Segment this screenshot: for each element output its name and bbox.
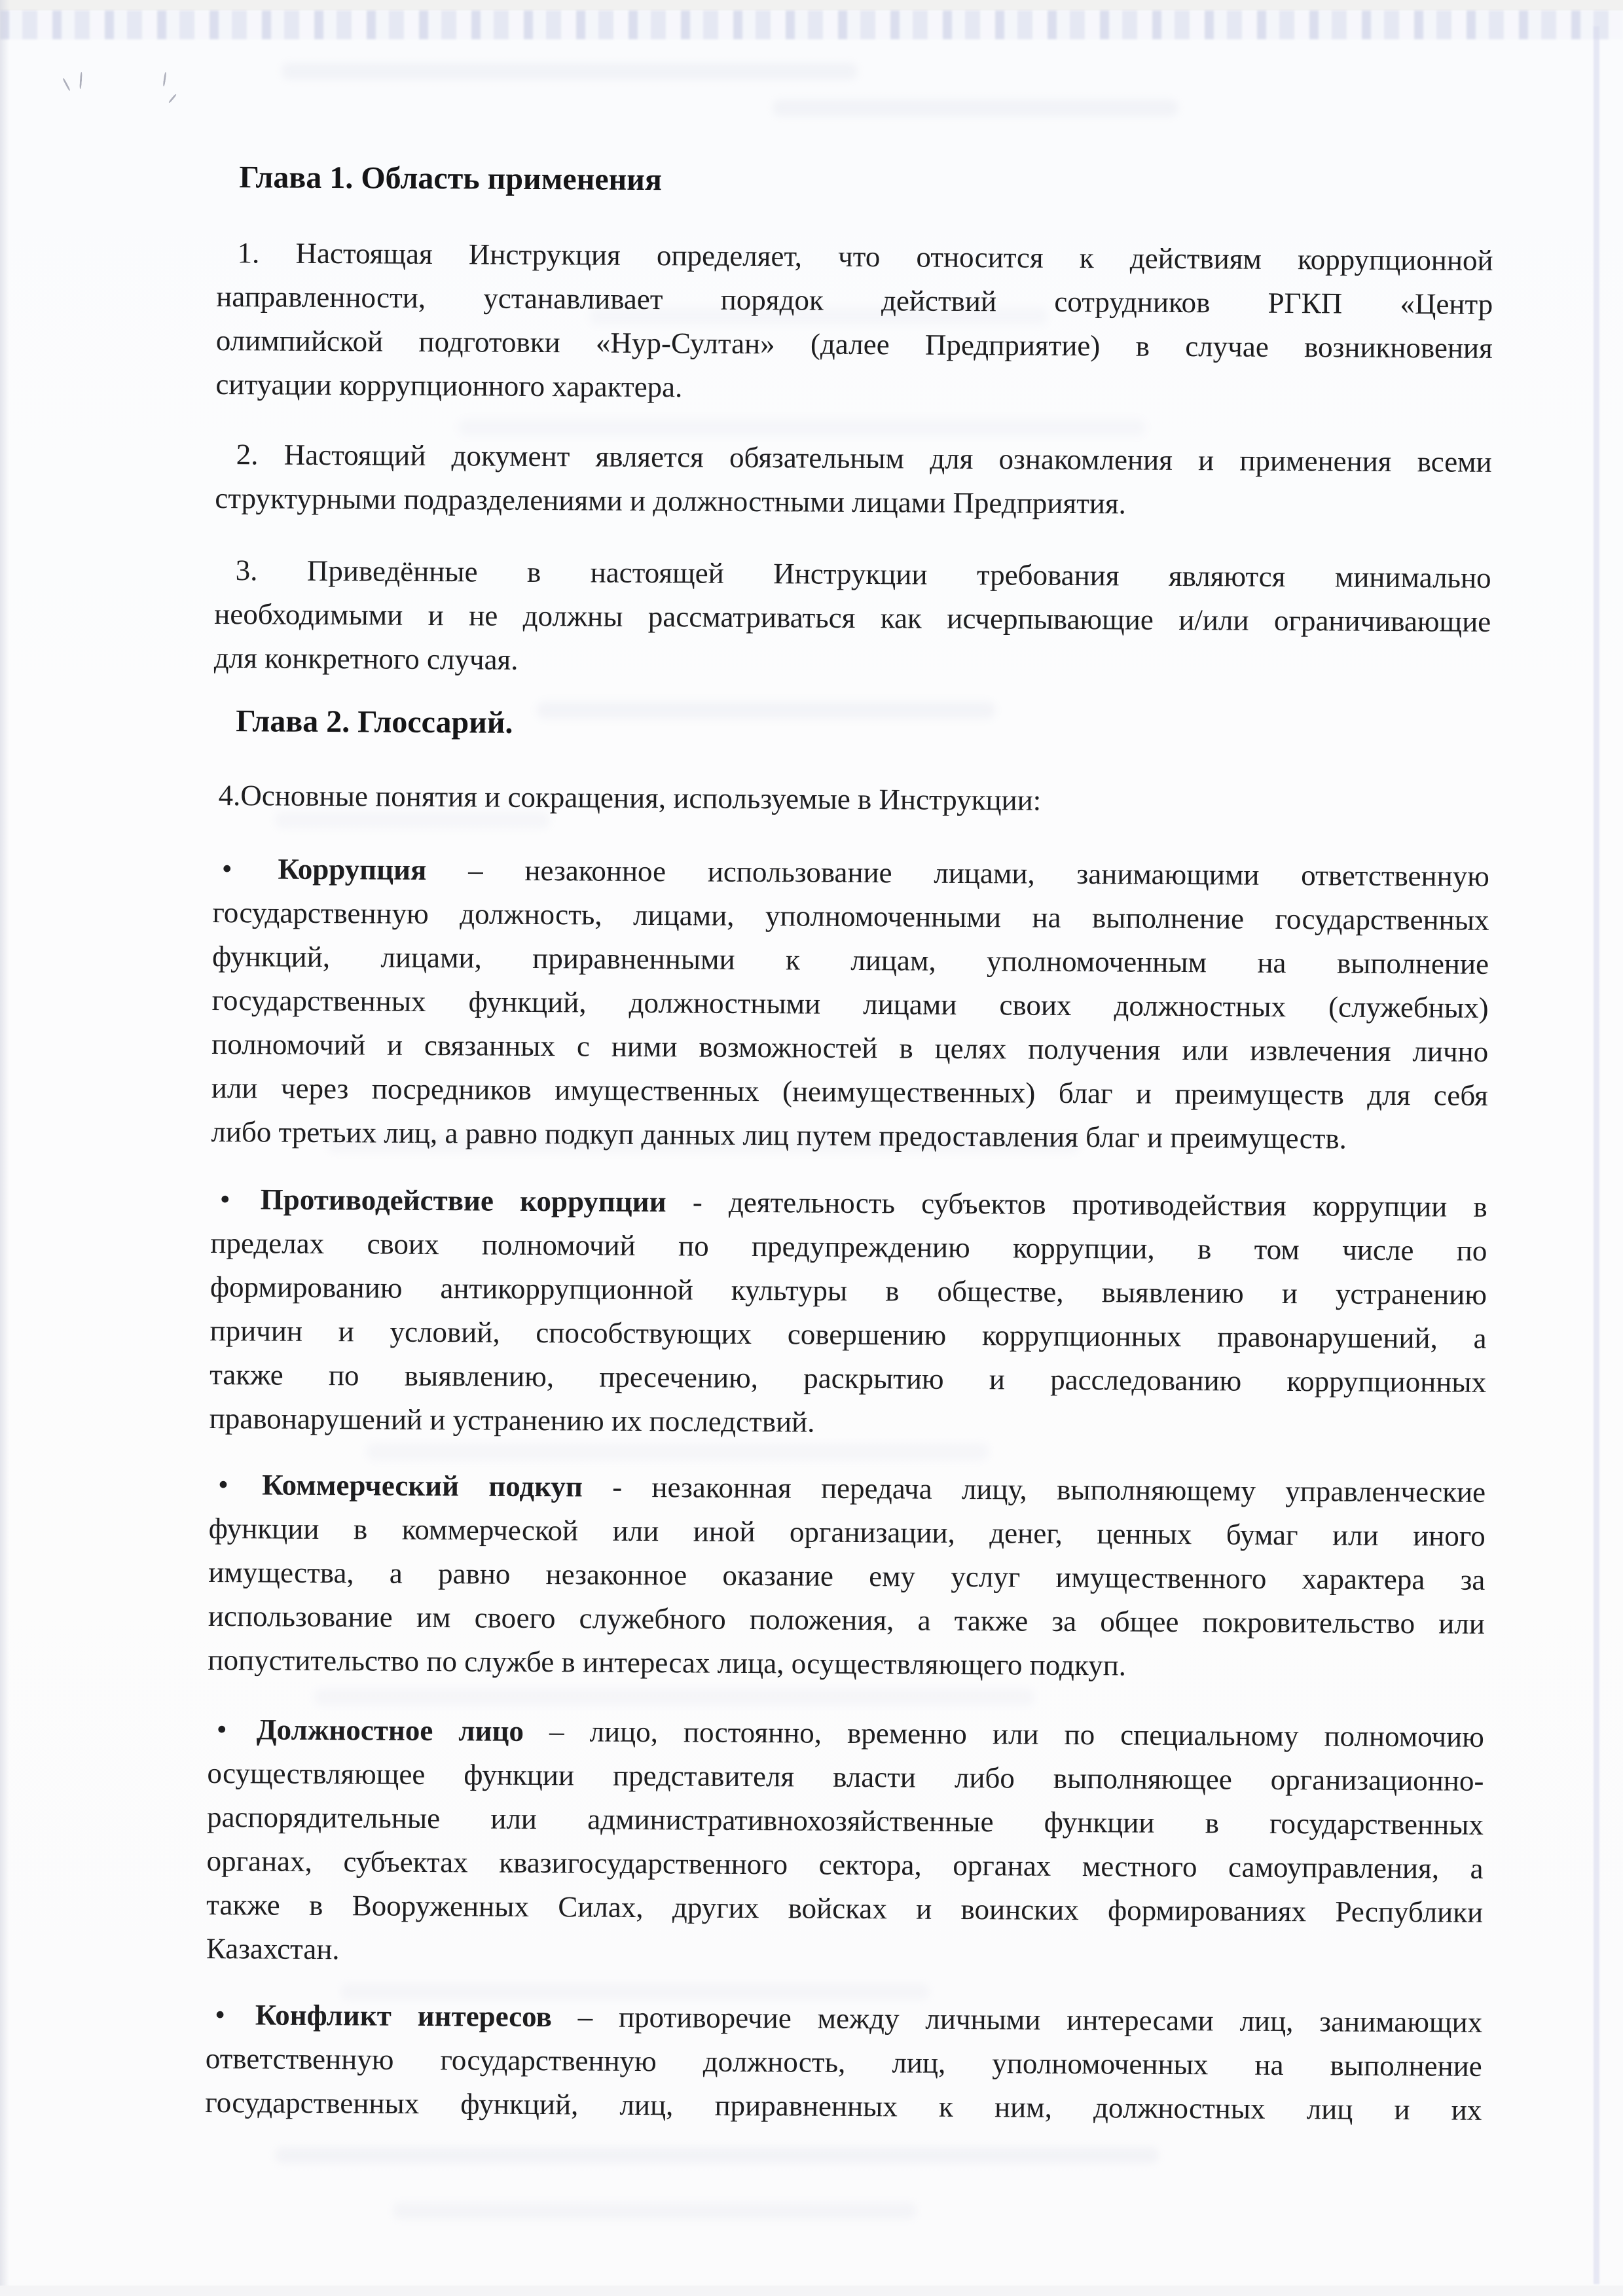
text-line: ситуации коррупционного характера. bbox=[215, 363, 1492, 414]
glossary-term: Противодействие коррупции bbox=[261, 1183, 666, 1218]
chapter-1-heading: Глава 1. Область применения bbox=[239, 159, 1493, 204]
glossary-definition-start: - незаконная передача лицу, выполняющему… bbox=[612, 1471, 1486, 1509]
bullet-glyph: • bbox=[222, 852, 236, 885]
paragraph-2: 2. Настоящий документ является обязатель… bbox=[215, 433, 1492, 528]
glossary-term: Должностное лицо bbox=[257, 1713, 524, 1747]
text-line: государственную должность, лицами, уполн… bbox=[212, 891, 1489, 942]
bleed-through-artifact bbox=[275, 2147, 1159, 2164]
text-line: ответственную государственную должность,… bbox=[206, 2037, 1482, 2089]
scan-edge-strip-bottom bbox=[0, 2286, 1623, 2296]
scan-edge-shadow-left bbox=[0, 0, 9, 2296]
text-line: использование им своего служебного полож… bbox=[208, 1594, 1485, 1646]
text-line: необходимыми и не должны рассматриваться… bbox=[214, 592, 1491, 644]
text-line: пределах своих полномочий по предупрежде… bbox=[210, 1221, 1487, 1273]
glossary-term: Конфликт интересов bbox=[255, 1998, 552, 2033]
text-line: причин и условий, способствующих соверше… bbox=[210, 1309, 1486, 1361]
glossary-term: Коммерческий подкуп bbox=[262, 1468, 583, 1503]
document-text-block: Глава 1. Область применения 1. Настоящая… bbox=[205, 0, 1495, 2132]
glossary-item-protivodeystvie: • Противодействие коррупции - деятельнос… bbox=[210, 1177, 1487, 1448]
bullet-glyph: • bbox=[215, 1998, 229, 2031]
text-line: для конкретного случая. bbox=[214, 636, 1491, 688]
text-line: формированию антикоррупционной культуры … bbox=[210, 1265, 1487, 1317]
text-line: • Конфликт интересов – противоречие межд… bbox=[206, 1993, 1482, 2045]
text-line: государственных функций, лиц, приравненн… bbox=[205, 2081, 1482, 2132]
text-line: также в Вооруженных Силах, других войска… bbox=[206, 1883, 1483, 1935]
text-line: 4.Основные понятия и сокращения, использ… bbox=[213, 774, 1489, 825]
pencil-mark-artifact bbox=[79, 72, 82, 89]
text-line: направленности, устанавливает порядок де… bbox=[216, 275, 1493, 327]
text-line: функции в коммерческой или иной организа… bbox=[209, 1507, 1486, 1558]
text-line: 2. Настоящий документ является обязатель… bbox=[215, 433, 1492, 484]
text-line: распорядительные или административнохозя… bbox=[207, 1795, 1484, 1847]
glossary-definition-start: – противоречие между личными интересами … bbox=[578, 2000, 1483, 2038]
text-line: • Коррупция – незаконное использование л… bbox=[213, 847, 1489, 899]
pencil-mark-artifact bbox=[168, 94, 177, 103]
text-line: • Коммерческий подкуп - незаконная перед… bbox=[209, 1463, 1486, 1515]
text-line: функций, лицами, приравненными к лицам, … bbox=[212, 935, 1489, 986]
text-line: 3. Приведённые в настоящей Инструкции тр… bbox=[214, 548, 1491, 600]
scan-edge-line-right bbox=[1594, 26, 1599, 2284]
text-line: либо третьих лиц, а равно подкуп данных … bbox=[211, 1110, 1487, 1162]
text-line: попустительство по службе в интересах ли… bbox=[208, 1638, 1484, 1690]
glossary-definition-start: – лицо, постоянно, временно или по специ… bbox=[549, 1715, 1484, 1753]
bullet-glyph: • bbox=[217, 1713, 231, 1746]
bullet-glyph: • bbox=[220, 1183, 234, 1215]
text-line: 1. Настоящая Инструкция определяет, что … bbox=[216, 231, 1493, 283]
glossary-item-konflikt-interesov: • Конфликт интересов – противоречие межд… bbox=[205, 1993, 1482, 2132]
paragraph-4: 4.Основные понятия и сокращения, использ… bbox=[213, 774, 1489, 825]
text-line: • Должностное лицо – лицо, постоянно, вр… bbox=[208, 1708, 1484, 1759]
text-line: имущества, а равно незаконное оказание е… bbox=[208, 1551, 1485, 1602]
text-line: олимпийской подготовки «Нур-Султан» (дал… bbox=[216, 319, 1493, 370]
pencil-mark-artifact bbox=[62, 78, 71, 92]
glossary-definition-start: – незаконное использование лицами, заним… bbox=[468, 853, 1489, 893]
text-line: Казахстан. bbox=[206, 1927, 1483, 1979]
text-line: структурными подразделениями и должностн… bbox=[215, 476, 1491, 528]
paragraph-3: 3. Приведённые в настоящей Инструкции тр… bbox=[214, 548, 1491, 688]
text-line: полномочий и связанных с ними возможност… bbox=[211, 1022, 1488, 1074]
glossary-definition-start: - деятельность субъектов противодействия… bbox=[693, 1185, 1487, 1223]
glossary-item-kommercheskiy-podkup: • Коммерческий подкуп - незаконная перед… bbox=[208, 1463, 1486, 1690]
text-line: органах, субъектах квазигосударственного… bbox=[206, 1839, 1483, 1891]
glossary-item-korrupciya: • Коррупция – незаконное использование л… bbox=[211, 847, 1489, 1162]
text-line: также по выявлению, пресечению, раскрыти… bbox=[210, 1353, 1486, 1405]
bullet-glyph: • bbox=[218, 1468, 232, 1501]
text-line: или через посредников имущественных (неи… bbox=[211, 1066, 1488, 1118]
glossary-item-dolzhnostnoe-lico: • Должностное лицо – лицо, постоянно, вр… bbox=[206, 1708, 1484, 1979]
bleed-through-artifact bbox=[393, 2202, 917, 2219]
glossary-term: Коррупция bbox=[278, 853, 426, 886]
text-line: • Противодействие коррупции - деятельнос… bbox=[211, 1177, 1487, 1229]
text-line: осуществляющее функции представителя вла… bbox=[207, 1751, 1484, 1803]
text-line: государственных функций, должностными ли… bbox=[211, 978, 1488, 1030]
text-line: правонарушений и устранению их последств… bbox=[210, 1397, 1486, 1448]
pencil-mark-artifact bbox=[162, 72, 166, 86]
paragraph-1: 1. Настоящая Инструкция определяет, что … bbox=[215, 231, 1493, 414]
chapter-2-heading: Глава 2. Глоссарий. bbox=[236, 703, 1490, 747]
scanned-document-page: { "page": { "ink_color": "#1e1e20", "pap… bbox=[0, 0, 1623, 2296]
